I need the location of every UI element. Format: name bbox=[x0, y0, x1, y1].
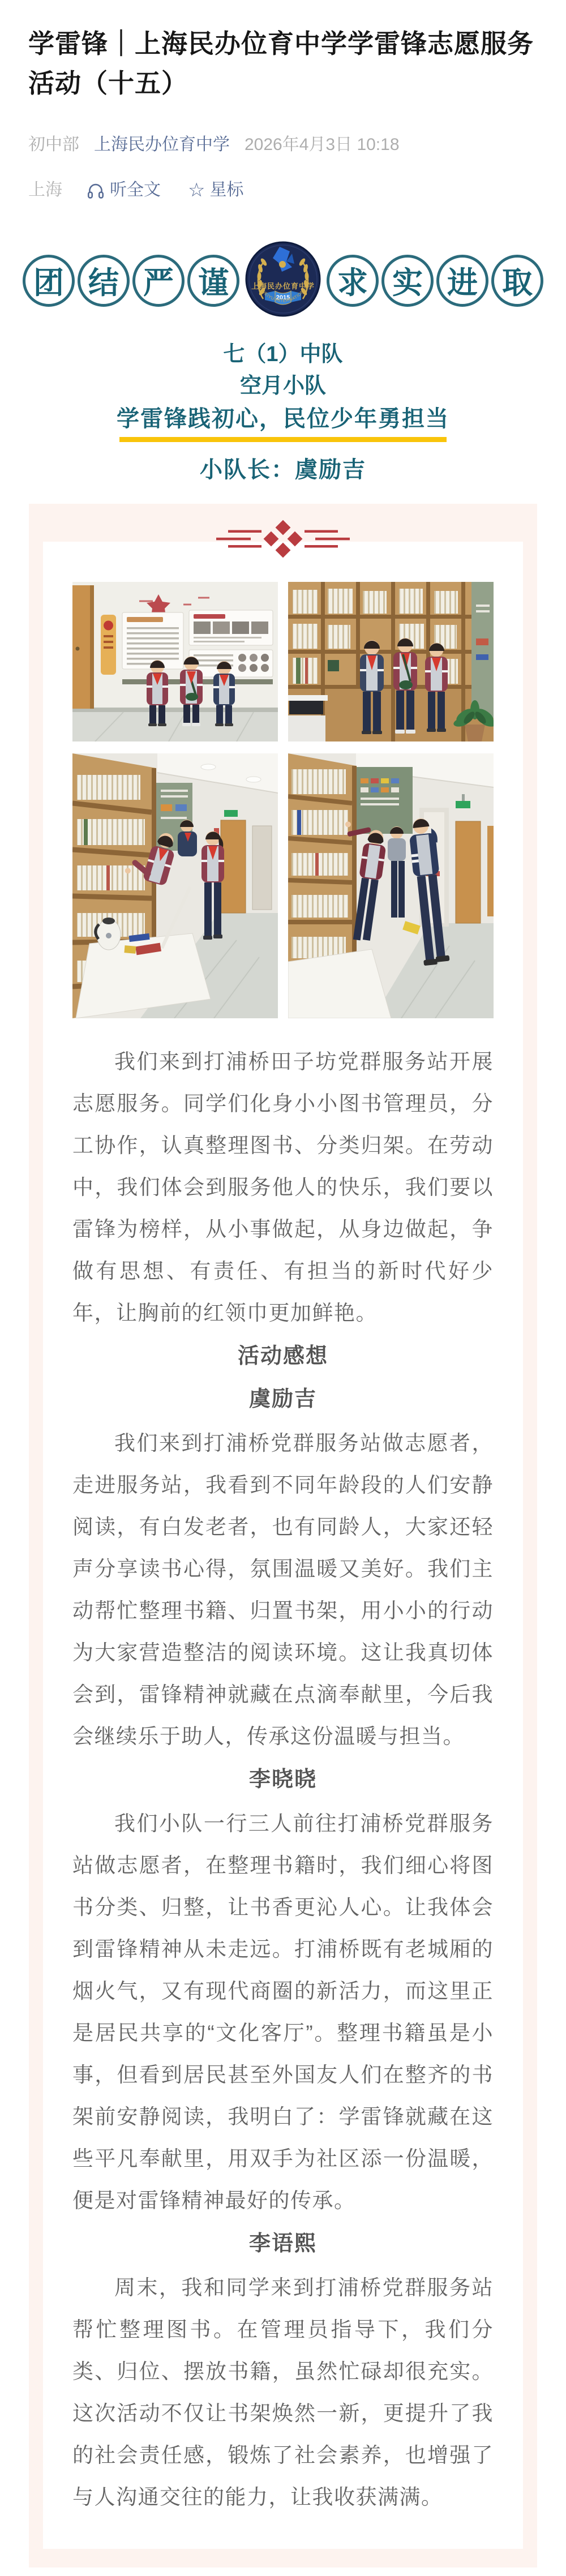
ornament-divider-icon bbox=[215, 518, 351, 562]
meta-location: 上海 bbox=[28, 180, 62, 200]
reflection-author-1: 虞励吉 bbox=[72, 1378, 494, 1420]
star-label: 星标 bbox=[209, 180, 243, 200]
article-title: 学雷锋｜上海民办位育中学学雷锋志愿服务活动（十五） bbox=[28, 24, 538, 103]
team-leader: 小队长：虞励吉 bbox=[0, 456, 566, 484]
photo-grid bbox=[72, 582, 494, 1018]
slogan-underline bbox=[119, 437, 447, 442]
reflection-text-2: 我们小队一行三人前往打浦桥党群服务站做志愿者，在整理书籍时，我们细心将图书分类、… bbox=[72, 1803, 494, 2222]
article-meta-tools: 上海 听全文 ☆ 星标 bbox=[28, 180, 538, 200]
photo-2[interactable] bbox=[288, 582, 494, 741]
article-card: 我们来到打浦桥田子坊党群服务站开展志愿服务。同学们化身小小图书管理员，分工协作，… bbox=[43, 542, 523, 2549]
account-link[interactable]: 上海民办位育中学 bbox=[94, 135, 230, 155]
listen-label: 听全文 bbox=[110, 180, 161, 200]
meta-datetime: 2026年4月3日 10:18 bbox=[245, 135, 400, 155]
motto-circle-8: 取 bbox=[491, 255, 543, 307]
listen-button[interactable]: 听全文 bbox=[86, 180, 161, 200]
reflection-text-1: 我们来到打浦桥党群服务站做志愿者，走进服务站，我看到不同年龄段的人们安静阅读，有… bbox=[72, 1422, 494, 1758]
motto-circle-5: 求 bbox=[327, 255, 379, 307]
meta-department: 初中部 bbox=[28, 135, 79, 155]
intro-paragraph: 我们来到打浦桥田子坊党群服务站开展志愿服务。同学们化身小小图书管理员，分工协作，… bbox=[72, 1041, 494, 1334]
photo-1[interactable] bbox=[72, 582, 278, 741]
article-meta: 初中部 上海民办位育中学 2026年4月3日 10:18 bbox=[28, 135, 538, 155]
squad-name: 七（1）中队 bbox=[0, 341, 566, 367]
team-slogan: 学雷锋践初心，民位少年勇担当 bbox=[0, 405, 566, 433]
content-panel: 我们来到打浦桥田子坊党群服务站开展志愿服务。同学们化身小小图书管理员，分工协作，… bbox=[29, 504, 537, 2568]
headphone-icon bbox=[86, 181, 105, 200]
school-motto-banner: 团 结 严 谨 bbox=[0, 237, 566, 324]
star-icon: ☆ bbox=[188, 181, 205, 200]
reflection-author-2: 李晓晓 bbox=[72, 1759, 494, 1801]
reflection-author-3: 李语熙 bbox=[72, 2223, 494, 2265]
star-button[interactable]: ☆ 星标 bbox=[188, 180, 243, 200]
motto-circle-2: 结 bbox=[78, 255, 130, 307]
photo-3[interactable] bbox=[72, 753, 278, 1018]
section-title: 活动感想 bbox=[72, 1335, 494, 1377]
motto-circle-1: 团 bbox=[23, 255, 75, 307]
motto-circle-4: 谨 bbox=[187, 255, 239, 307]
group-name: 空月小队 bbox=[0, 373, 566, 399]
motto-circle-7: 进 bbox=[436, 255, 488, 307]
reflection-text-3: 周末，我和同学来到打浦桥党群服务站帮忙整理图书。在管理员指导下，我们分类、归位、… bbox=[72, 2267, 494, 2518]
team-info: 七（1）中队 空月小队 学雷锋践初心，民位少年勇担当 小队长：虞励吉 bbox=[0, 341, 566, 484]
motto-circle-3: 严 bbox=[132, 255, 185, 307]
motto-circle-6: 实 bbox=[381, 255, 434, 307]
school-badge-icon: 上海民办位育中学 2015 SHANGHAI WEIYU INTERNATION… bbox=[245, 237, 321, 324]
photo-4[interactable] bbox=[288, 753, 494, 1018]
